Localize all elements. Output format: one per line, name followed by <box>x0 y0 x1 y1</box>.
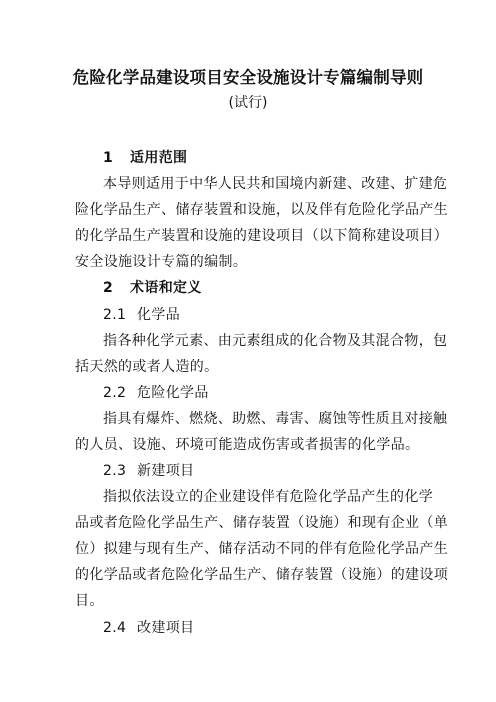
section-title: 适用范围 <box>130 150 187 166</box>
subsection-title: 新建项目 <box>137 463 194 479</box>
subsection-number: 2.1 <box>103 306 137 324</box>
document-title: 危险化学品建设项目安全设施设计专篇编制导则 <box>0 68 496 88</box>
subsection-number: 2.4 <box>103 619 137 637</box>
document-subtitle: (试行) <box>0 94 496 112</box>
subsection-heading-2-4: 2.4改建项目 <box>103 619 449 637</box>
section-heading-2: 2术语和定义 <box>103 279 449 297</box>
document-page: 危险化学品建设项目安全设施设计专篇编制导则 (试行) 1适用范围 本导则适用于中… <box>0 0 496 702</box>
subsection-title: 改建项目 <box>137 620 194 636</box>
subsection-heading-2-2: 2.2危险化学品 <box>103 384 449 402</box>
subsection-title: 危险化学品 <box>137 385 209 401</box>
section-number: 1 <box>103 149 130 167</box>
paragraph-line: 指具有爆炸、燃烧、助燃、毒害、腐蚀等性质且对接触 <box>103 410 449 428</box>
subsection-heading-2-3: 2.3新建项目 <box>103 462 449 480</box>
paragraph-line: 的化学品或者危险化学品生产、储存装置（设施）的建设项 <box>75 566 421 584</box>
paragraph-line: 指拟依法设立的企业建设伴有危险化学品产生的化学 <box>103 488 449 506</box>
paragraph-line: 目。 <box>75 592 421 610</box>
paragraph-line: 安全设施设计专篇的编制。 <box>75 253 421 271</box>
subsection-title: 化学品 <box>137 307 180 323</box>
paragraph-line: 指各种化学元素、由元素组成的化合物及其混合物，包 <box>103 332 449 350</box>
paragraph-line: 品或者危险化学品生产、储存装置（设施）和现有企业（单 <box>75 514 421 532</box>
section-number: 2 <box>103 279 130 297</box>
paragraph-line: 括天然的或者人造的。 <box>75 358 421 376</box>
subsection-number: 2.2 <box>103 384 137 402</box>
paragraph-line: 的化学品生产装置和设施的建设项目（以下简称建设项目） <box>75 227 421 245</box>
paragraph-line: 的人员、设施、环境可能造成伤害或者损害的化学品。 <box>75 436 421 454</box>
paragraph-line: 险化学品生产、储存装置和设施，以及伴有危险化学品产生 <box>75 201 421 219</box>
section-heading-1: 1适用范围 <box>103 149 449 167</box>
paragraph-line: 位）拟建与现有生产、储存活动不同的伴有危险化学品产生 <box>75 540 421 558</box>
section-title: 术语和定义 <box>130 280 202 296</box>
paragraph-line: 本导则适用于中华人民共和国境内新建、改建、扩建危 <box>103 175 449 193</box>
subsection-heading-2-1: 2.1化学品 <box>103 306 449 324</box>
subsection-number: 2.3 <box>103 462 137 480</box>
